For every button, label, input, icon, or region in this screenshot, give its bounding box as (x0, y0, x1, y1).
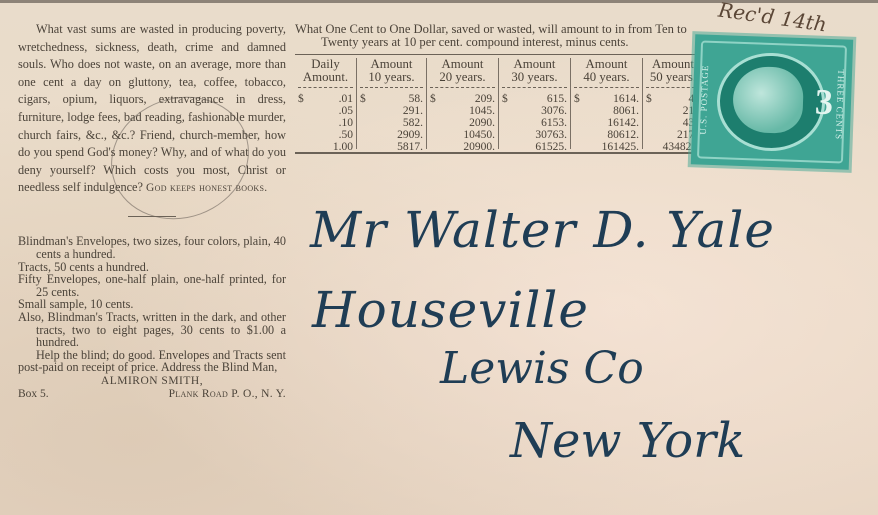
received-annotation: Rec'd 14th (717, 0, 828, 36)
postage-stamp: U.S. POSTAGE THREE CENTS 3 (691, 34, 853, 169)
table-cell: 16142. (574, 118, 639, 130)
divider (128, 216, 176, 218)
table-cell: 80612. (574, 130, 639, 142)
envelope: What vast sums are wasted in producing p… (0, 0, 878, 515)
recipient-state: New York (510, 413, 745, 469)
column-values: $58.291.582.2909.5817. (360, 94, 423, 149)
advertisement: Blindman's Envelopes, two sizes, four co… (18, 235, 286, 400)
column-header: Amount50 years. (646, 58, 700, 88)
table-cell: 61525. (502, 142, 567, 154)
table-cell: 5817. (360, 142, 423, 154)
left-column-text: What vast sums are wasted in producing p… (18, 21, 286, 400)
table-column: Amount10 years.$58.291.582.2909.5817. (357, 58, 427, 149)
table-cell: 582. (360, 118, 423, 130)
column-header: Amount20 years. (430, 58, 495, 88)
table-cell: .10 (298, 118, 353, 130)
motto: God keeps honest books. (146, 182, 267, 194)
ad-line: Also, Blindman's Tracts, written in the … (18, 311, 286, 349)
column-values: $.01.05.10.501.00 (298, 94, 353, 149)
column-header: Amount40 years. (574, 58, 639, 88)
interest-table: DailyAmount.$.01.05.10.501.00Amount10 ye… (295, 58, 715, 149)
recipient-county: Lewis Co (440, 343, 644, 394)
ad-line: Blindman's Envelopes, two sizes, four co… (18, 235, 286, 260)
table-cell: 161425. (574, 142, 639, 154)
table-cell: .50 (298, 130, 353, 142)
interest-table-block: What One Cent to One Dollar, saved or wa… (295, 23, 715, 154)
table-top-rule (295, 54, 715, 55)
table-column: Amount40 years.$1614.8061.16142.80612.16… (571, 58, 643, 149)
table-cell: 2909. (360, 130, 423, 142)
recipient-name: Mr Walter D. Yale (310, 201, 775, 259)
table-column: Amount30 years.$615.3076.6153.30763.6152… (499, 58, 571, 149)
table-cell: 30763. (502, 130, 567, 142)
table-column: DailyAmount.$.01.05.10.501.00 (295, 58, 357, 149)
address-line: Box 5. Plank Road P. O., N. Y. (18, 388, 286, 401)
stamp-label-right: THREE CENTS (834, 69, 846, 140)
table-cell: 20900. (430, 142, 495, 154)
post-office: Plank Road P. O., N. Y. (169, 388, 286, 401)
table-cell: 1.00 (298, 142, 353, 154)
column-header: Amount10 years. (360, 58, 423, 88)
table-intro: What One Cent to One Dollar, saved or wa… (295, 23, 715, 48)
column-header: DailyAmount. (298, 58, 353, 88)
signature: ALMIRON SMITH, (18, 375, 286, 388)
column-values: $209.1045.2090.10450.20900. (430, 94, 495, 149)
ad-line: Fifty Envelopes, one-half plain, one-hal… (18, 273, 286, 298)
table-column: Amount20 years.$209.1045.2090.10450.2090… (427, 58, 499, 149)
recipient-town: Houseville (312, 281, 589, 339)
sermon-paragraph: What vast sums are wasted in producing p… (18, 21, 286, 198)
sermon-text: What vast sums are wasted in producing p… (18, 22, 286, 194)
table-cell: 6153. (502, 118, 567, 130)
column-values: $615.3076.6153.30763.61525. (502, 94, 567, 149)
box-number: Box 5. (18, 388, 49, 401)
table-cell: 10450. (430, 130, 495, 142)
column-values: $1614.8061.16142.80612.161425. (574, 94, 639, 149)
stamp-denomination: 3 (814, 81, 833, 124)
column-header: Amount30 years. (502, 58, 567, 88)
table-cell: 2090. (430, 118, 495, 130)
help-text: Help the blind; do good. Envelopes and T… (18, 349, 286, 374)
